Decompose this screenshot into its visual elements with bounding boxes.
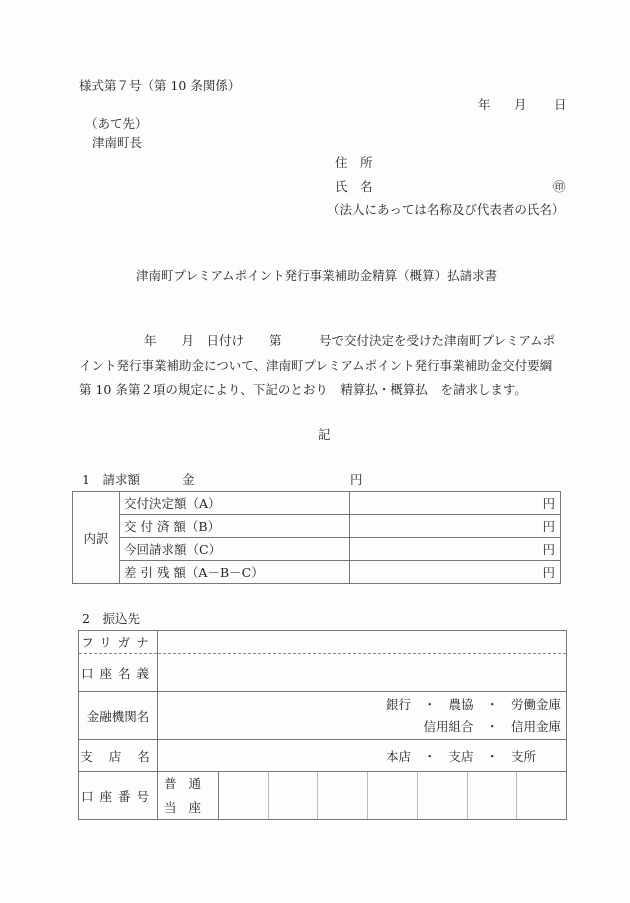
breakdown-table: 内訳 交付決定額（A） 円 交 付 済 額（B） 円 今回請求額（C） 円 差 … bbox=[72, 491, 561, 584]
row-label-a: 交付決定額（A） bbox=[120, 492, 350, 515]
account-number-label: 口座番号 bbox=[79, 772, 158, 820]
row-label-b: 交 付 済 額（B） bbox=[120, 515, 350, 538]
institution-options-2: 信用組合 ・ 信用金庫 bbox=[158, 716, 561, 738]
form-number: 様式第７号（第 10 条関係） bbox=[79, 80, 240, 93]
amount-b-field[interactable]: 円 bbox=[350, 515, 561, 538]
institution-options-1: 銀行 ・ 農協 ・ 労働金庫 bbox=[158, 694, 561, 716]
breakdown-label: 内訳 bbox=[73, 492, 120, 584]
institution-field[interactable]: 銀行 ・ 農協 ・ 労働金庫 信用組合 ・ 信用金庫 bbox=[158, 692, 567, 740]
address-label: 住 所 bbox=[335, 157, 373, 170]
yen-unit: 円 bbox=[542, 519, 555, 534]
row-label-c: 今回請求額（C） bbox=[120, 538, 350, 561]
addressee-label: （あて先） bbox=[85, 118, 148, 131]
account-digit-6[interactable] bbox=[468, 772, 518, 819]
date-day: 日 bbox=[554, 99, 567, 112]
bank-transfer-table: フリガナ 口座名義 金融機関名 銀行 ・ 農協 ・ 労働金庫 信用組合 ・ 信用… bbox=[78, 630, 567, 820]
account-name-label: 口座名義 bbox=[79, 654, 158, 692]
yen-unit: 円 bbox=[542, 565, 555, 580]
amount-balance-field[interactable]: 円 bbox=[350, 561, 561, 584]
branch-label: 支 店 名 bbox=[79, 740, 158, 772]
account-type-ordinary[interactable]: 普通 bbox=[164, 772, 218, 796]
account-digit-4[interactable] bbox=[368, 772, 418, 819]
date-month: 月 bbox=[514, 99, 527, 112]
amount-c-field[interactable]: 円 bbox=[350, 538, 561, 561]
account-digit-5[interactable] bbox=[418, 772, 468, 819]
account-digit-2[interactable] bbox=[269, 772, 319, 819]
furigana-field[interactable] bbox=[158, 631, 567, 654]
branch-field[interactable]: 本店 ・ 支店 ・ 支所 bbox=[158, 740, 567, 772]
account-number-cell: 普通 当座 bbox=[158, 772, 567, 820]
row-label-balance: 差 引 残 額（A－B－C） bbox=[120, 561, 350, 584]
body-line-3: 第 10 条第２項の規定により、下記のとおり 精算払・概算払 を請求します。 bbox=[79, 384, 527, 397]
yen-unit: 円 bbox=[542, 496, 555, 511]
branch-options: 本店 ・ 支店 ・ 支所 bbox=[386, 749, 536, 764]
furigana-label: フリガナ bbox=[79, 631, 158, 654]
section1-kin: 金 bbox=[182, 474, 195, 487]
document-title: 津南町プレミアムポイント発行事業補助金精算（概算）払請求書 bbox=[136, 270, 497, 283]
section2-heading: 2 振込先 bbox=[82, 613, 140, 626]
date-year: 年 bbox=[478, 99, 491, 112]
account-digit-1[interactable] bbox=[219, 772, 269, 819]
amount-a-field[interactable]: 円 bbox=[350, 492, 561, 515]
account-type-current[interactable]: 当座 bbox=[164, 796, 218, 820]
account-type[interactable]: 普通 当座 bbox=[158, 772, 219, 819]
account-digit-7[interactable] bbox=[517, 772, 566, 819]
body-line-2: イント発行事業補助金について、津南町プレミアムポイント発行事業補助金交付要綱 bbox=[79, 360, 552, 373]
section1-yen: 円 bbox=[350, 474, 363, 487]
account-name-field[interactable] bbox=[158, 654, 567, 692]
body-line-1: 年 月 日付け 第 号で交付決定を受けた津南町プレミアムポ bbox=[144, 335, 555, 348]
addressee-name: 津南町長 bbox=[92, 137, 142, 150]
ki-heading: 記 bbox=[318, 429, 331, 442]
yen-unit: 円 bbox=[542, 542, 555, 557]
corporate-note: （法人にあっては名称及び代表者の氏名） bbox=[327, 204, 564, 217]
section1-heading: 1 請求額 bbox=[82, 474, 140, 487]
name-label: 氏 名 bbox=[335, 181, 373, 194]
account-digit-3[interactable] bbox=[318, 772, 368, 819]
seal-mark: ㊞ bbox=[553, 181, 566, 194]
institution-label: 金融機関名 bbox=[79, 692, 158, 740]
